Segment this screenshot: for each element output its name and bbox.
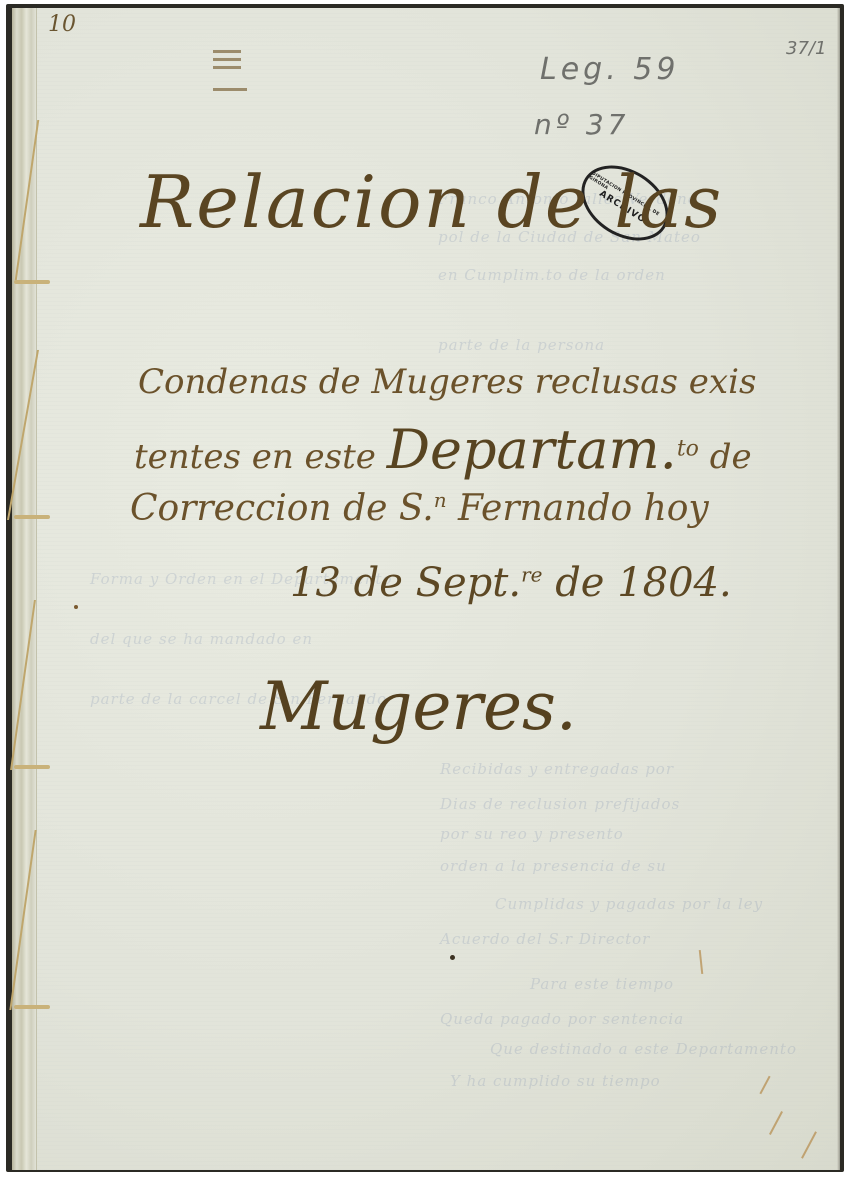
section-heading-mugeres: Mugeres.	[260, 668, 577, 745]
bleed-through-line: Y ha cumplido su tiempo	[450, 1072, 661, 1090]
tally-mark	[213, 58, 241, 61]
bleed-through-line: del que se ha mandado en	[90, 630, 313, 648]
title-line-3-prefix: tentes en este	[134, 437, 376, 477]
bleed-through-line: Recibidas y entregadas por	[440, 760, 674, 778]
tally-mark	[213, 88, 247, 91]
number-annotation: nº 37	[534, 108, 629, 141]
superscript: n	[434, 488, 447, 512]
title-date-line: 13 de Sept.re de 1804.	[290, 560, 732, 606]
date-prefix: 13 de Sept.	[290, 560, 521, 606]
binding-knot	[14, 765, 50, 769]
bleed-through-line: por su reo y presento	[440, 825, 624, 843]
bleed-through-line: Para este tiempo	[530, 975, 674, 993]
bleed-through-line: Dias de reclusion prefijados	[440, 795, 680, 813]
title-line-4-suffix: Fernando hoy	[458, 488, 709, 529]
title-line-3: tentes en este Departam.to de	[134, 418, 752, 481]
tally-mark	[213, 66, 241, 69]
binding-knot	[14, 1005, 50, 1009]
bleed-through-line: en Cumplim.to de la orden	[438, 266, 666, 284]
binding-knot	[14, 280, 50, 284]
bleed-through-line: orden a la presencia de su	[440, 857, 667, 875]
tally-mark	[213, 50, 241, 53]
bleed-through-line: Que destinado a este Departamento	[490, 1040, 797, 1058]
archive-reference-number: 37/1	[786, 38, 826, 59]
bleed-through-line: Cumplidas y pagadas por la ley	[495, 895, 763, 913]
ink-dot	[74, 605, 78, 609]
title-line-2: Condenas de Mugeres reclusas exis	[138, 362, 756, 402]
ink-dot	[450, 955, 455, 960]
bleed-through-line: Queda pagado por sentencia	[440, 1010, 684, 1028]
title-line-1: Relacion de las	[140, 160, 723, 244]
page-right-edge	[837, 8, 840, 1170]
binding-edge	[12, 8, 37, 1170]
superscript: to	[677, 437, 699, 462]
folio-number: 10	[48, 12, 76, 37]
title-line-4: Correccion de S.n Fernando hoy	[130, 488, 709, 529]
title-line-4-prefix: Correccion de S.	[130, 488, 434, 529]
title-relacion: Relacion de las	[140, 160, 723, 244]
bleed-through-line: parte de la persona	[438, 336, 605, 354]
bleed-through-line: Acuerdo del S.r Director	[440, 930, 650, 948]
title-departamento: Departam.	[387, 418, 677, 481]
date-suffix: de 1804.	[555, 560, 732, 606]
binding-knot	[14, 515, 50, 519]
title-line-3-suffix: de	[710, 437, 752, 477]
legajo-annotation: Leg. 59	[540, 52, 679, 87]
superscript: re	[521, 563, 542, 587]
